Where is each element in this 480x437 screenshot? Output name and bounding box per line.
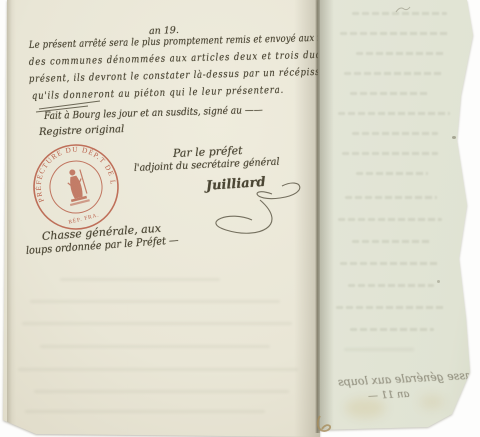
- ink-speck: [437, 280, 440, 283]
- stray-ink-mark: [394, 3, 412, 17]
- ink-speck: [452, 136, 456, 139]
- gutter-shadow-right: [318, 0, 334, 430]
- stain: [345, 398, 385, 418]
- binding-thread: [309, 414, 335, 437]
- verso-inscription-line-1: Chasse générale aux loups: [338, 368, 480, 389]
- right-page: Chasse générale aux loups an 11 —: [0, 0, 480, 437]
- right-page-wrap: Chasse générale aux loups an 11 —: [0, 0, 480, 437]
- spine-fold: [315, 0, 320, 433]
- manuscript-scan: an 19. Le présent arrêté sera le plus pr…: [0, 0, 480, 437]
- stain: [420, 395, 444, 409]
